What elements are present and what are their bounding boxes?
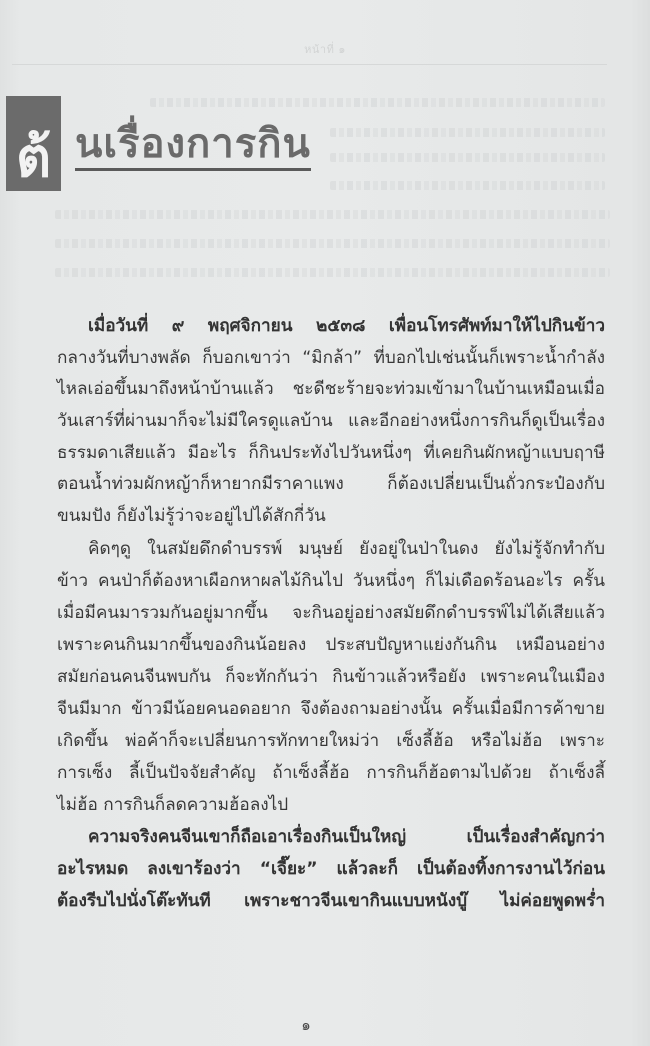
paragraph-1-line-3: ไหลเอ่อขึ้นมาถึงหน้าบ้านแล้ว ชะดีชะร้ายจ… <box>57 381 605 398</box>
paragraph-1-line-6: ตอนน้ำท่วมผักหญ้าก็หายากมีราคาแพง ก็ต้อง… <box>57 476 605 493</box>
page-number: ๑ <box>296 1013 316 1037</box>
book-page: หน้าที่ ๑ ต้ นเรื่องการกิน เมื่อวันที่ ๙… <box>0 0 650 1046</box>
chapter-title: ต้ นเรื่องการกิน <box>6 96 311 191</box>
show-through-line <box>330 128 605 137</box>
paragraph-2-line-4: เพราะคนกินมากขึ้นของกินน้อยลง ประสบปัญหา… <box>57 637 605 654</box>
paragraph-2-line-5: สมัยก่อนคนจีนพบกัน ก็จะทักกันว่า กินข้าว… <box>57 669 605 686</box>
paragraph-2-line-8: การเซ็ง ลี้เป็นปัจจัยสำคัญ ถ้าเซ็งลี้ฮ้อ… <box>57 765 605 782</box>
paragraph-3-line-1: ความจริงคนจีนเขาก็ถือเอาเรื่องกินเป็นใหญ… <box>88 829 605 846</box>
paragraph-1-line-5: ธรรมดาเสียแล้ว มีอะไร ก็กินประทังไปวันหน… <box>57 445 605 462</box>
show-through-line <box>330 181 605 190</box>
title-text: นเรื่องการกิน <box>75 124 311 171</box>
title-drop-cap: ต้ <box>6 96 61 191</box>
paragraph-2-line-9: ไม่ฮ้อ การกินก็ลดความฮ้อลงไป <box>57 797 605 814</box>
paragraph-2-line-6: จีนมีมาก ข้าวมีน้อยคนอดอยาก จึงต้องถามอย… <box>57 701 605 718</box>
paragraph-2-line-3: เมื่อมีคนมารวมกันอยู่มากขึ้น จะกินอยู่อย… <box>57 605 605 622</box>
paragraph-2-line-1: คิดๆดู ในสมัยดึกดำบรรพ์ มนุษย์ ยังอยู่ใน… <box>88 541 605 558</box>
show-through-line <box>55 239 610 248</box>
paragraph-1-line-7: ขนมปัง ก็ยังไม่รู้ว่าจะอยู่ไปได้สักกี่วั… <box>57 508 605 525</box>
show-through-line <box>330 153 605 162</box>
paragraph-1-line-4: วันเสาร์ที่ผ่านมาก็จะไม่มีใครดูแลบ้าน แล… <box>57 413 605 430</box>
show-through-line <box>55 268 610 277</box>
paragraph-3-line-2: อะไรหมด ลงเขาร้องว่า “เจี๊ยะ” แล้วละก็ เ… <box>57 861 605 878</box>
paragraph-1-line-1: เมื่อวันที่ ๙ พฤศจิกายน ๒๕๓๘ เพื่อนโทรศั… <box>88 318 605 335</box>
paragraph-3-line-3: ต้องรีบไปนั่งโต๊ะทันที เพราะชาวจีนเขากิน… <box>57 893 605 910</box>
header-rule <box>12 64 607 65</box>
paragraph-2-line-7: เกิดขึ้น พ่อค้าก็จะเปลี่ยนการทักทายใหม่ว… <box>57 733 605 750</box>
paragraph-2-line-2: ข้าว คนป่าก็ต้องหาเผือกหาผลไม้กินไป วันห… <box>57 573 605 590</box>
show-through-line <box>55 210 610 219</box>
running-header: หน้าที่ ๑ <box>0 40 650 58</box>
paragraph-1-line-2: กลางวันที่บางพลัด ก็บอกเขาว่า “มิกล้า” ท… <box>57 350 605 367</box>
